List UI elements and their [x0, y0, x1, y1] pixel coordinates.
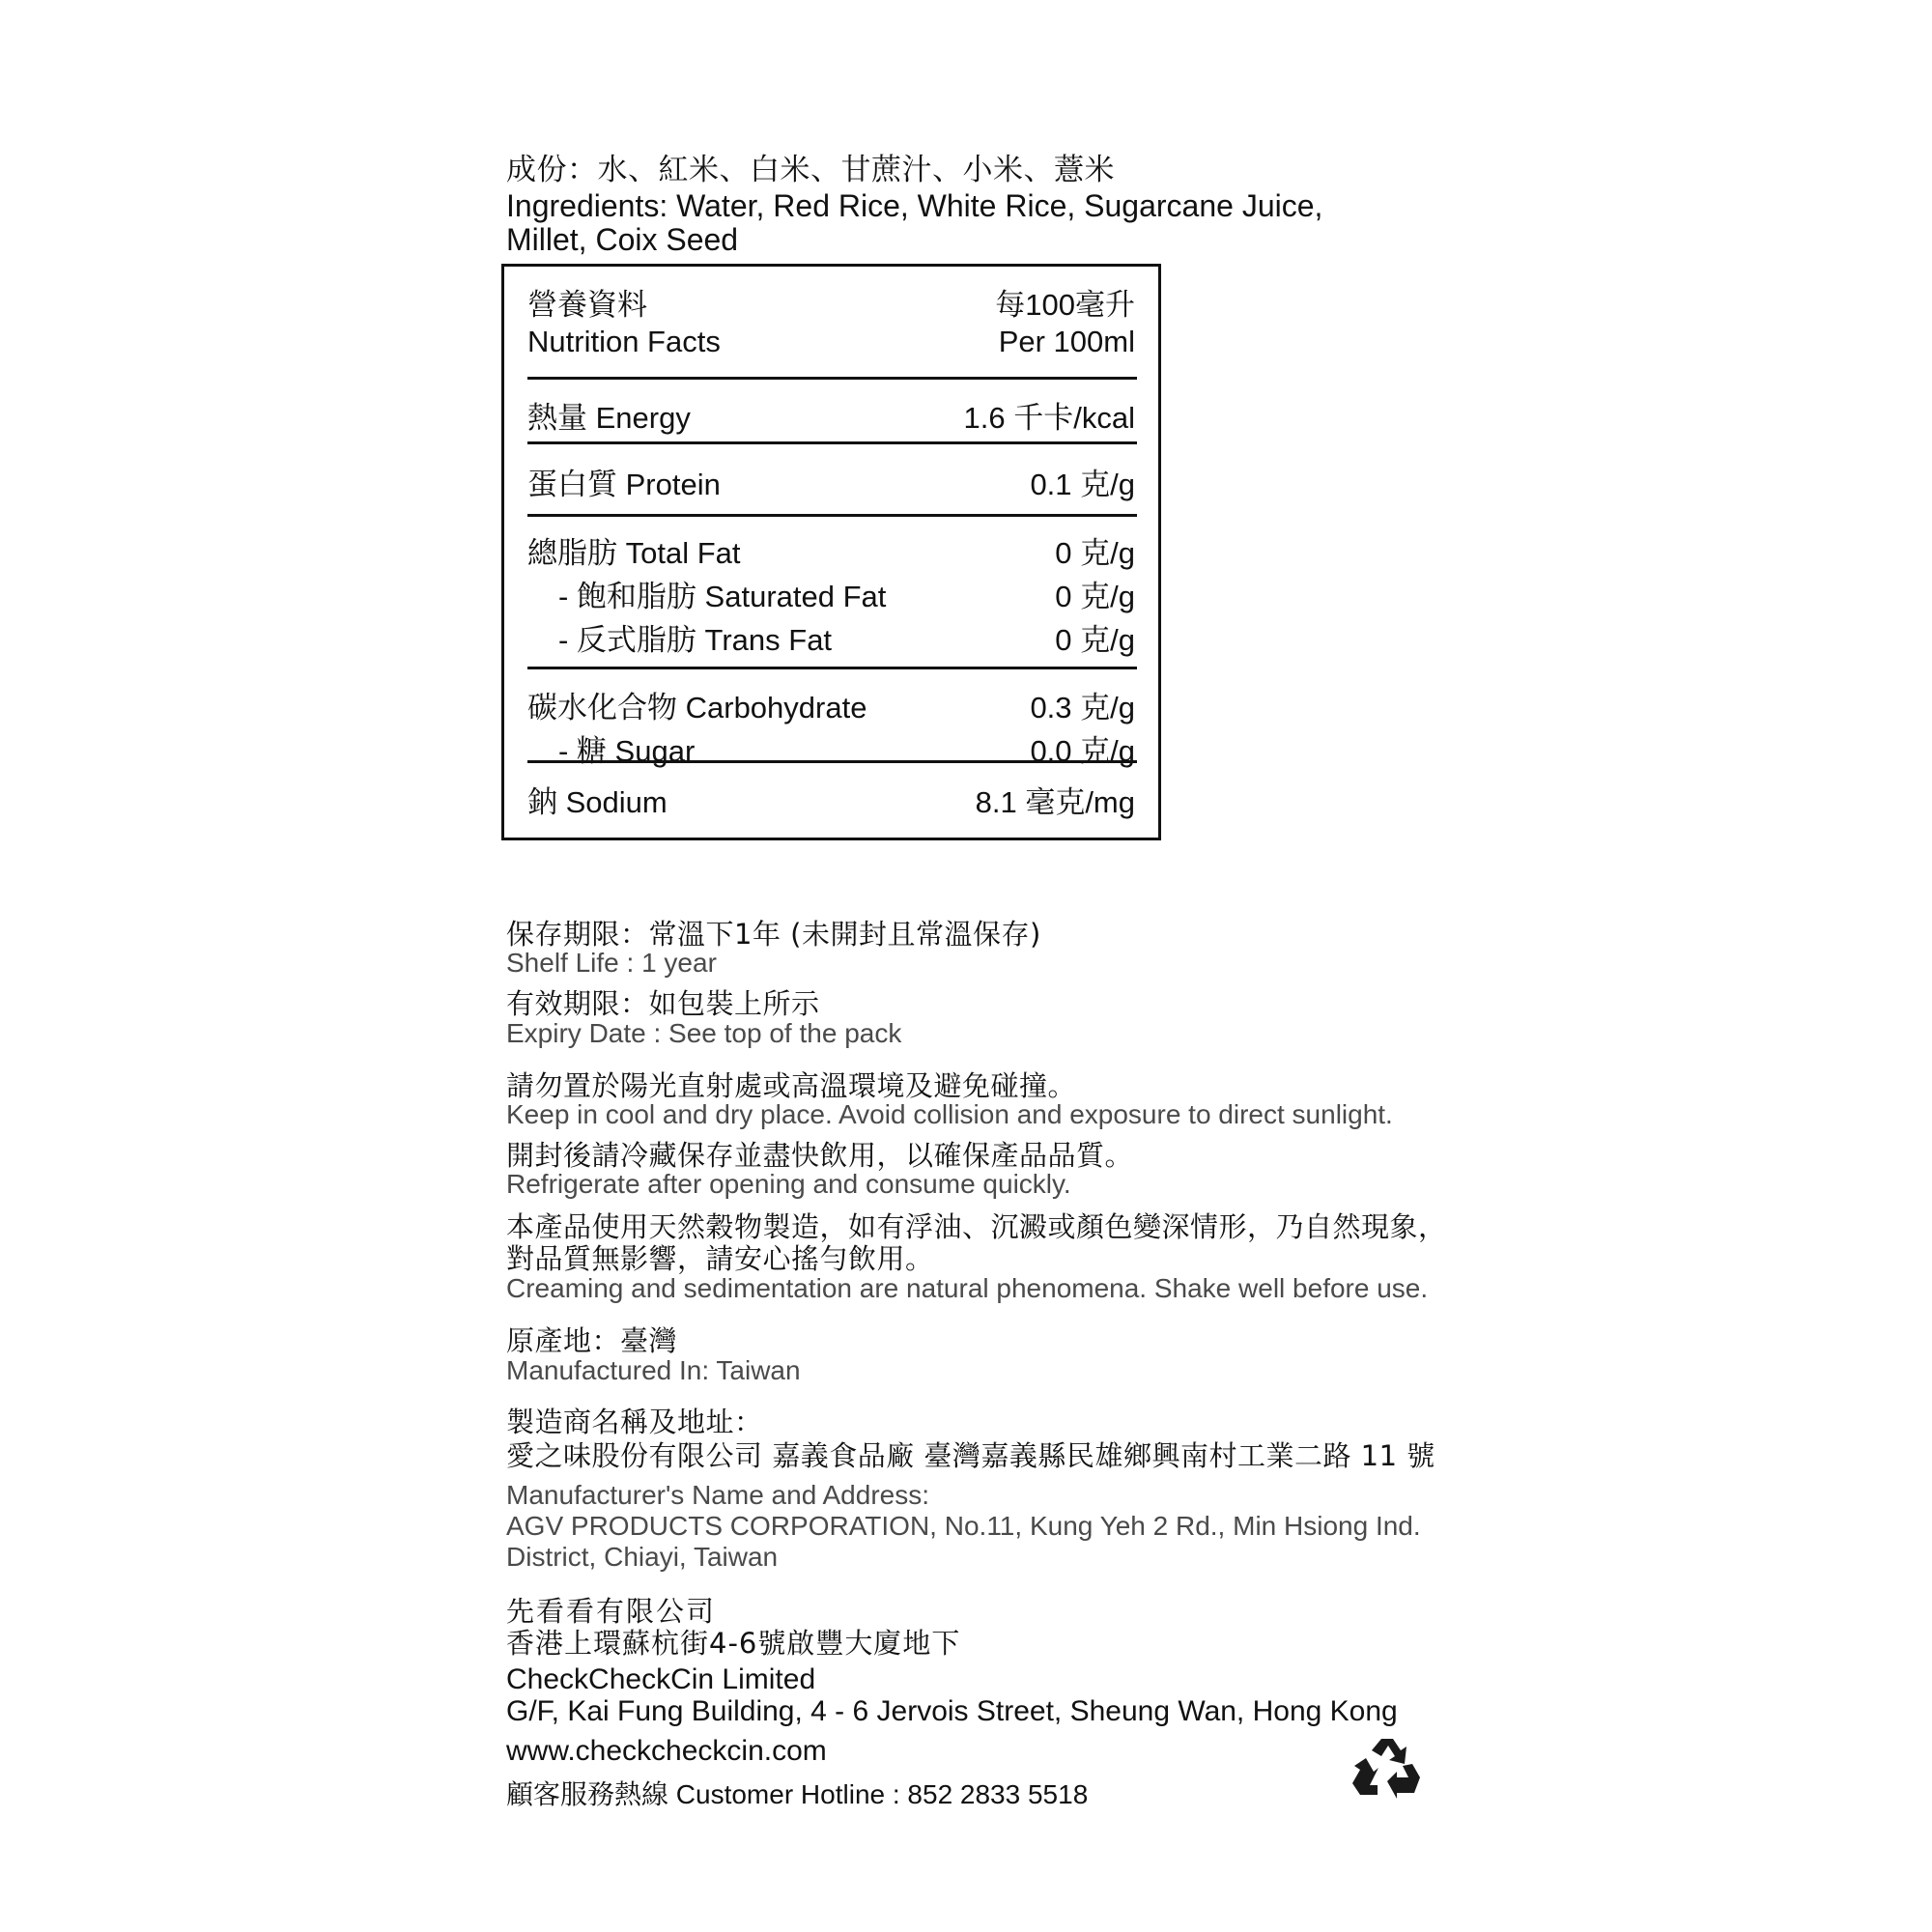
nutrition-row-sugar: - 糖 Sugar 0.0 克/g: [527, 726, 1135, 770]
customer-hotline: 顧客服務熱線 Customer Hotline : 852 2833 5518: [506, 1774, 1088, 1812]
nutrient-label: - 飽和脂肪 Saturated Fat: [527, 572, 886, 615]
natural-cn-line2: 對品質無影響，請安心搖勻飲用。: [506, 1237, 934, 1277]
manufacturer-label-en: Manufacturer's Name and Address:: [506, 1480, 929, 1511]
distributor-address-en: G/F, Kai Fung Building, 4 - 6 Jervois St…: [506, 1695, 1398, 1728]
keep-en: Keep in cool and dry place. Avoid collis…: [506, 1099, 1393, 1130]
nutrition-row-total-fat: 總脂肪 Total Fat 0 克/g: [527, 528, 1135, 572]
origin-en: Manufactured In: Taiwan: [506, 1355, 801, 1386]
expiry-en: Expiry Date : See top of the pack: [506, 1018, 901, 1049]
divider: [527, 377, 1137, 380]
nutrient-value: 1.6 千卡/kcal: [964, 393, 1135, 437]
nutrition-title-cn: 營養資料: [527, 280, 647, 324]
nutrition-row-carbohydrate: 碳水化合物 Carbohydrate 0.3 克/g: [527, 683, 1135, 726]
keep-cn: 請勿置於陽光直射處或高溫環境及避免碰撞。: [506, 1065, 1076, 1104]
website-link[interactable]: www.checkcheckcin.com: [506, 1735, 827, 1768]
divider: [527, 667, 1137, 669]
nutrient-label: 熱量 Energy: [527, 393, 691, 437]
divider: [527, 441, 1137, 444]
nutrient-label: - 反式脂肪 Trans Fat: [527, 615, 832, 659]
shelf-life-cn: 保存期限：常溫下1年 (未開封且常溫保存): [506, 913, 1041, 952]
expiry-cn: 有效期限：如包裝上所示: [506, 982, 820, 1022]
manufacturer-address-en-line2: District, Chiayi, Taiwan: [506, 1542, 778, 1573]
nutrition-facts-table: 營養資料 每100毫升 Nutrition Facts Per 100ml 熱量…: [501, 264, 1161, 840]
nutrient-label: 碳水化合物 Carbohydrate: [527, 683, 867, 726]
nutrition-row-protein: 蛋白質 Protein 0.1 克/g: [527, 460, 1135, 503]
nutrient-label: 鈉 Sodium: [527, 778, 668, 821]
refrigerate-en: Refrigerate after opening and consume qu…: [506, 1169, 1071, 1200]
nutrition-row-saturated-fat: - 飽和脂肪 Saturated Fat 0 克/g: [527, 572, 1135, 615]
divider: [527, 514, 1137, 517]
nutrient-value: 0 克/g: [1055, 572, 1135, 615]
nutrition-title-en: Nutrition Facts: [527, 325, 721, 359]
manufacturer-address-cn: 愛之味股份有限公司 嘉義食品廠 臺灣嘉義縣民雄鄉興南村工業二路 11 號: [506, 1435, 1435, 1474]
nutrition-row-sodium: 鈉 Sodium 8.1 毫克/mg: [527, 778, 1135, 821]
nutrient-value: 0.1 克/g: [1030, 460, 1135, 503]
ingredients-en-line2: Millet, Coix Seed: [506, 222, 738, 258]
nutrition-per-cn: 每100毫升: [995, 280, 1135, 324]
nutrient-value: 8.1 毫克/mg: [976, 778, 1135, 821]
divider: [527, 760, 1137, 763]
recycle-icon: [1352, 1737, 1420, 1801]
natural-en: Creaming and sedimentation are natural p…: [506, 1273, 1428, 1304]
refrigerate-cn: 開封後請冷藏保存並盡快飲用，以確保產品品質。: [506, 1134, 1133, 1174]
nutrition-row-energy: 熱量 Energy 1.6 千卡/kcal: [527, 393, 1135, 437]
ingredients-cn: 成份：水、紅米、白米、甘蔗汁、小米、薏米: [506, 145, 1115, 188]
nutrition-header-cn: 營養資料 每100毫升: [527, 280, 1135, 324]
distributor-name-en: CheckCheckCin Limited: [506, 1663, 815, 1696]
nutrient-value: 0.0 克/g: [1030, 726, 1135, 770]
nutrition-row-trans-fat: - 反式脂肪 Trans Fat 0 克/g: [527, 615, 1135, 659]
ingredients-en-line1: Ingredients: Water, Red Rice, White Rice…: [506, 188, 1322, 224]
nutrition-header-en: Nutrition Facts Per 100ml: [527, 325, 1135, 359]
origin-cn: 原產地：臺灣: [506, 1320, 677, 1359]
nutrient-value: 0 克/g: [1055, 528, 1135, 572]
manufacturer-address-en-line1: AGV PRODUCTS CORPORATION, No.11, Kung Ye…: [506, 1511, 1421, 1542]
distributor-address-cn: 香港上環蘇杭街4-6號啟豐大廈地下: [506, 1622, 960, 1662]
nutrient-value: 0.3 克/g: [1030, 683, 1135, 726]
nutrient-value: 0 克/g: [1055, 615, 1135, 659]
nutrition-per-en: Per 100ml: [999, 325, 1135, 359]
shelf-life-en: Shelf Life : 1 year: [506, 948, 717, 979]
nutrient-label: 蛋白質 Protein: [527, 460, 721, 503]
nutrient-label: - 糖 Sugar: [527, 726, 695, 770]
nutrient-label: 總脂肪 Total Fat: [527, 528, 741, 572]
